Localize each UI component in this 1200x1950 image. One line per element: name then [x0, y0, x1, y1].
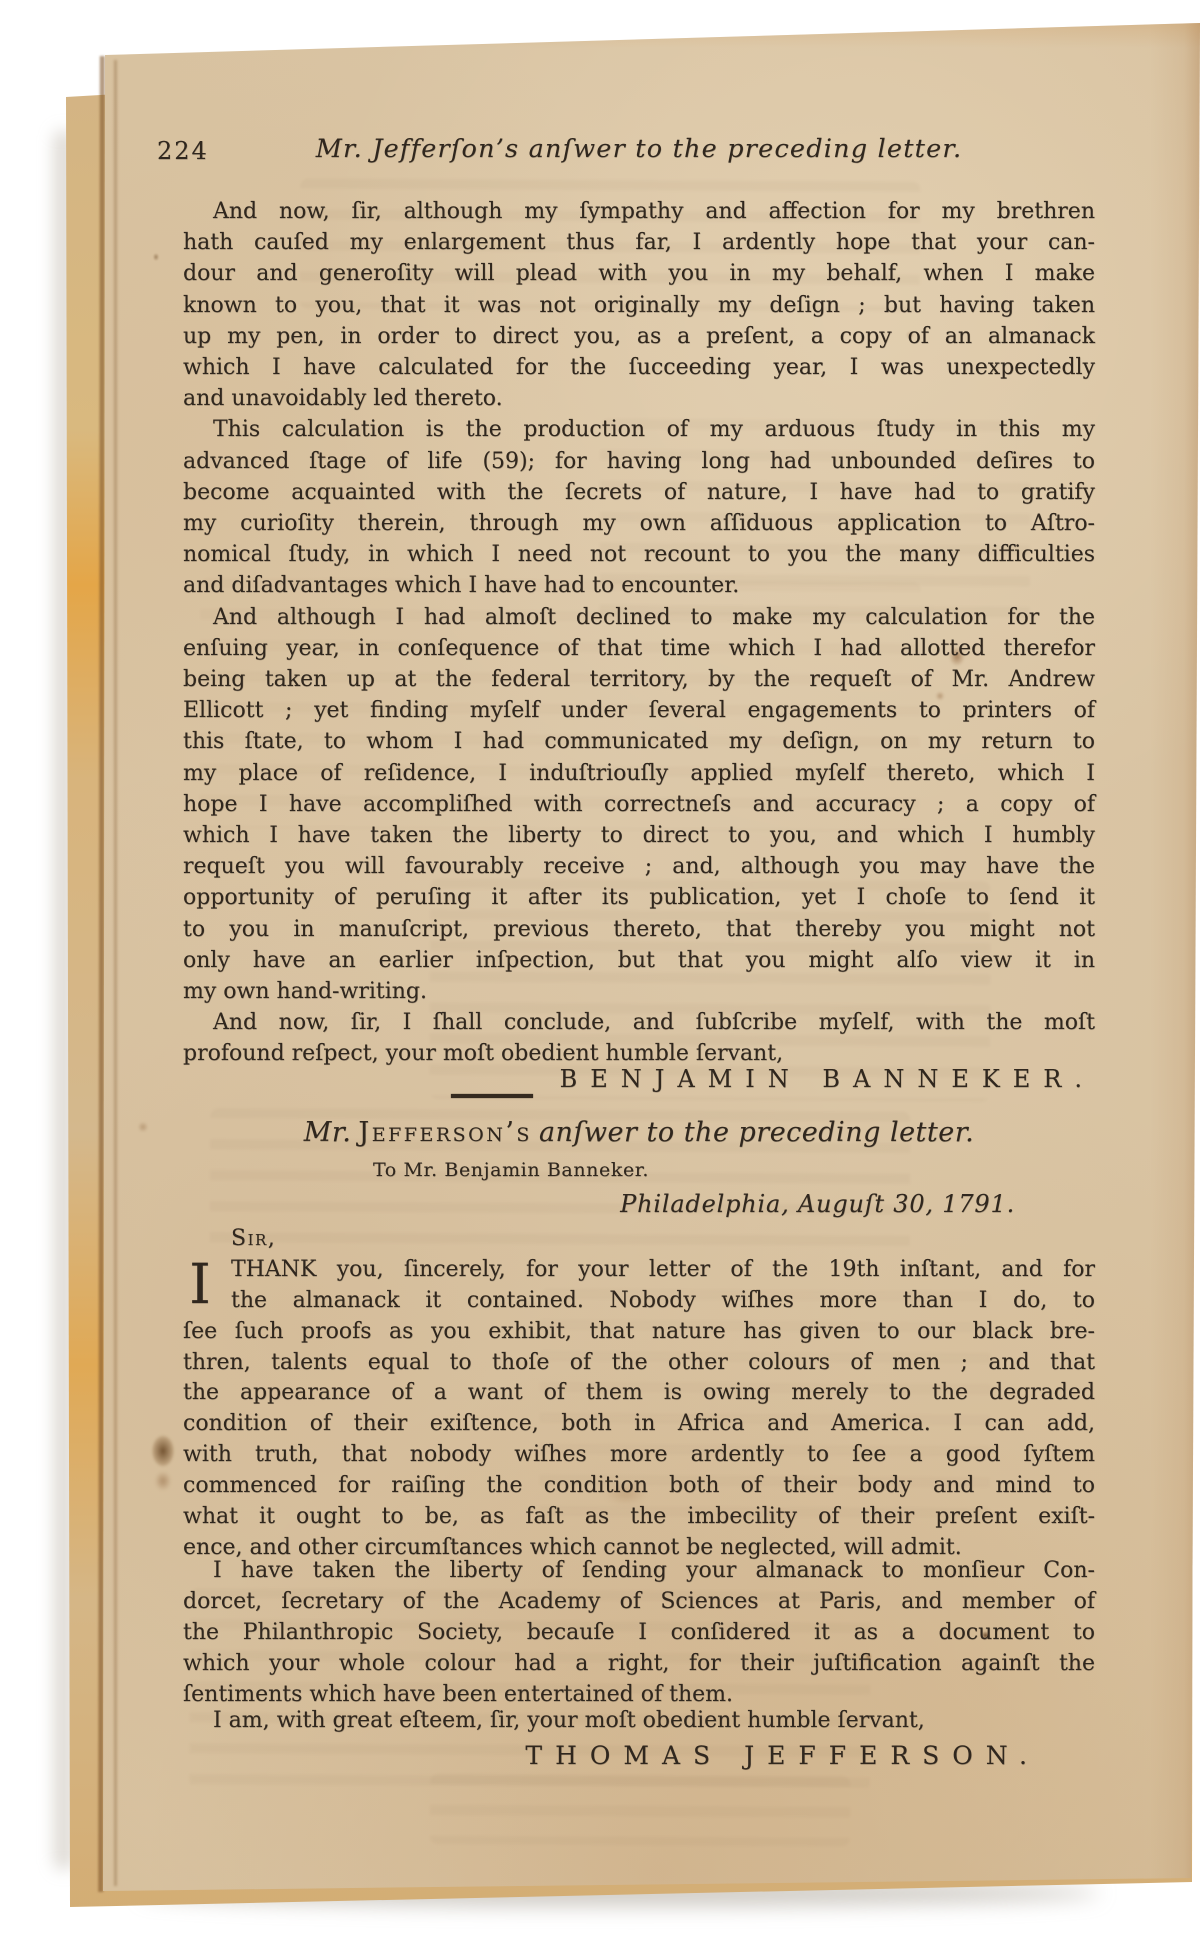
text-line: my place of reſidence, I induſtriouſly a… [183, 758, 1095, 789]
banneker-paragraph-2: This calculation is the production of my… [183, 414, 1095, 601]
text-line: enſuing year, in conſequence of that tim… [183, 633, 1095, 664]
dateline: Philadelphia, Auguſt 30, 1791. [183, 1190, 1015, 1218]
text-line: hope I have accompliſhed with correctneſ… [183, 789, 1095, 820]
banneker-letter-body: And now, ſir, although my ſympathy and a… [183, 196, 1095, 1095]
text-line: condition of their exiſtence, both in Af… [183, 1409, 1095, 1440]
text-line: nomical ſtudy, in which I need not recou… [183, 539, 1095, 570]
text-line: being taken up at the federal territory,… [183, 664, 1095, 695]
text-line: ſee ſuch proofs as you exhibit, that nat… [183, 1317, 1095, 1348]
text-line: thren, talents equal to thoſe of the oth… [183, 1348, 1095, 1379]
text-line: the Philanthropic Society, becauſe I con… [183, 1618, 1095, 1649]
page-header: 224 Mr. Jefferſon’s anſwer to the preced… [183, 134, 1095, 168]
jefferson-paragraph-2: I have taken the liberty of ſending your… [183, 1556, 1095, 1710]
text-line: my own hand-writing. [183, 976, 1095, 1007]
book-page: 224 Mr. Jefferſon’s anſwer to the preced… [0, 0, 1200, 1950]
text-line: the almanack it contained. Nobody wiſhes… [183, 1286, 1095, 1317]
foxing-stain [136, 1120, 150, 1134]
heading-name: Jefferson’s [358, 1117, 532, 1148]
heading-prefix: Mr. [304, 1117, 352, 1148]
jefferson-signature: THOMAS JEFFERSON. [183, 1740, 1095, 1771]
text-line: And although I had almoſt declined to ma… [183, 602, 1095, 633]
text-line: THANK you, ſincerely, for your letter of… [183, 1255, 1095, 1286]
page-crease [114, 60, 117, 1886]
text-line: to you in manuſcript, previous thereto, … [183, 914, 1095, 945]
text-line: dorcet, ſecretary of the Academy of Scie… [183, 1587, 1095, 1618]
text-line: with truth, that nobody wiſhes more arde… [183, 1440, 1095, 1471]
text-line: this ſtate, to whom I had communicated m… [183, 726, 1095, 757]
jefferson-letter-heading: Mr.Jefferson’sanſwer to the preceding le… [183, 1117, 1095, 1148]
photo-background: 224 Mr. Jefferſon’s anſwer to the preced… [0, 0, 1200, 1950]
banneker-paragraph-4: And now, ſir, I ſhall conclude, and ſubſ… [183, 1007, 1095, 1069]
text-line: and diſadvantages which I have had to en… [183, 570, 1095, 601]
text-line: which I have taken the liberty to direct… [183, 820, 1095, 851]
text-line: up my pen, in order to direct you, as a … [183, 321, 1095, 352]
drop-cap: I [185, 1258, 215, 1316]
page-number: 224 [157, 137, 209, 165]
foxing-stain [152, 252, 160, 262]
text-line: I have taken the liberty of ſending your… [183, 1556, 1095, 1587]
jefferson-closing-line: I am, with great eſteem, ſir, your moſt … [183, 1706, 1095, 1737]
text-line: This calculation is the production of my… [183, 414, 1095, 445]
text-line: and unavoidably led thereto. [183, 383, 1095, 414]
jefferson-paragraph-1: I THANK you, ſincerely, for your letter … [183, 1255, 1095, 1563]
foxing-stain [152, 1468, 174, 1494]
jefferson-paragraph-1-lines: THANK you, ſincerely, for your letter of… [183, 1255, 1095, 1563]
text-line: And now, ſir, although my ſympathy and a… [183, 196, 1095, 227]
show-through-texture [430, 1774, 850, 1846]
text-line: hath cauſed my enlargement thus far, I a… [183, 227, 1095, 258]
text-line: the appearance of a want of them is owin… [183, 1378, 1095, 1409]
text-line: dour and generoſity will plead with you … [183, 258, 1095, 289]
heading-rest: anſwer to the preceding letter. [539, 1117, 974, 1148]
salutation: Sir, [231, 1226, 276, 1251]
text-line: my curioſity therein, through my own aſſ… [183, 508, 1095, 539]
text-line: requeſt you will favourably receive ; an… [183, 851, 1095, 882]
foxing-stain [148, 1430, 178, 1472]
text-line: I am, with great eſteem, ſir, your moſt … [183, 1706, 1095, 1737]
addressee-line: To Mr. Benjamin Banneker. [373, 1159, 649, 1181]
text-line: And now, ſir, I ſhall conclude, and ſubſ… [183, 1007, 1095, 1038]
text-line: only have an earlier inſpection, but tha… [183, 945, 1095, 976]
text-line: opportunity of peruſing it after its pub… [183, 882, 1095, 913]
running-title: Mr. Jefferſon’s anſwer to the preceding … [183, 134, 1095, 164]
jefferson-letter-body: I THANK you, ſincerely, for your letter … [183, 1255, 1095, 1771]
text-line: become acquainted with the ſecrets of na… [183, 477, 1095, 508]
text-line: what it ought to be, as faſt as the imbe… [183, 1502, 1095, 1533]
text-line: Ellicott ; yet finding myſelf under ſeve… [183, 695, 1095, 726]
text-line: advanced ſtage of life (59); for having … [183, 446, 1095, 477]
text-line: commenced for raiſing the condition both… [183, 1471, 1095, 1502]
banneker-paragraph-3: And although I had almoſt declined to ma… [183, 602, 1095, 1008]
text-line: which I have calculated for the ſucceedi… [183, 352, 1095, 383]
banneker-paragraph-1: And now, ſir, although my ſympathy and a… [183, 196, 1095, 414]
text-line: which your whole colour had a right, for… [183, 1649, 1095, 1680]
text-line: known to you, that it was not originally… [183, 290, 1095, 321]
section-divider [451, 1094, 533, 1098]
